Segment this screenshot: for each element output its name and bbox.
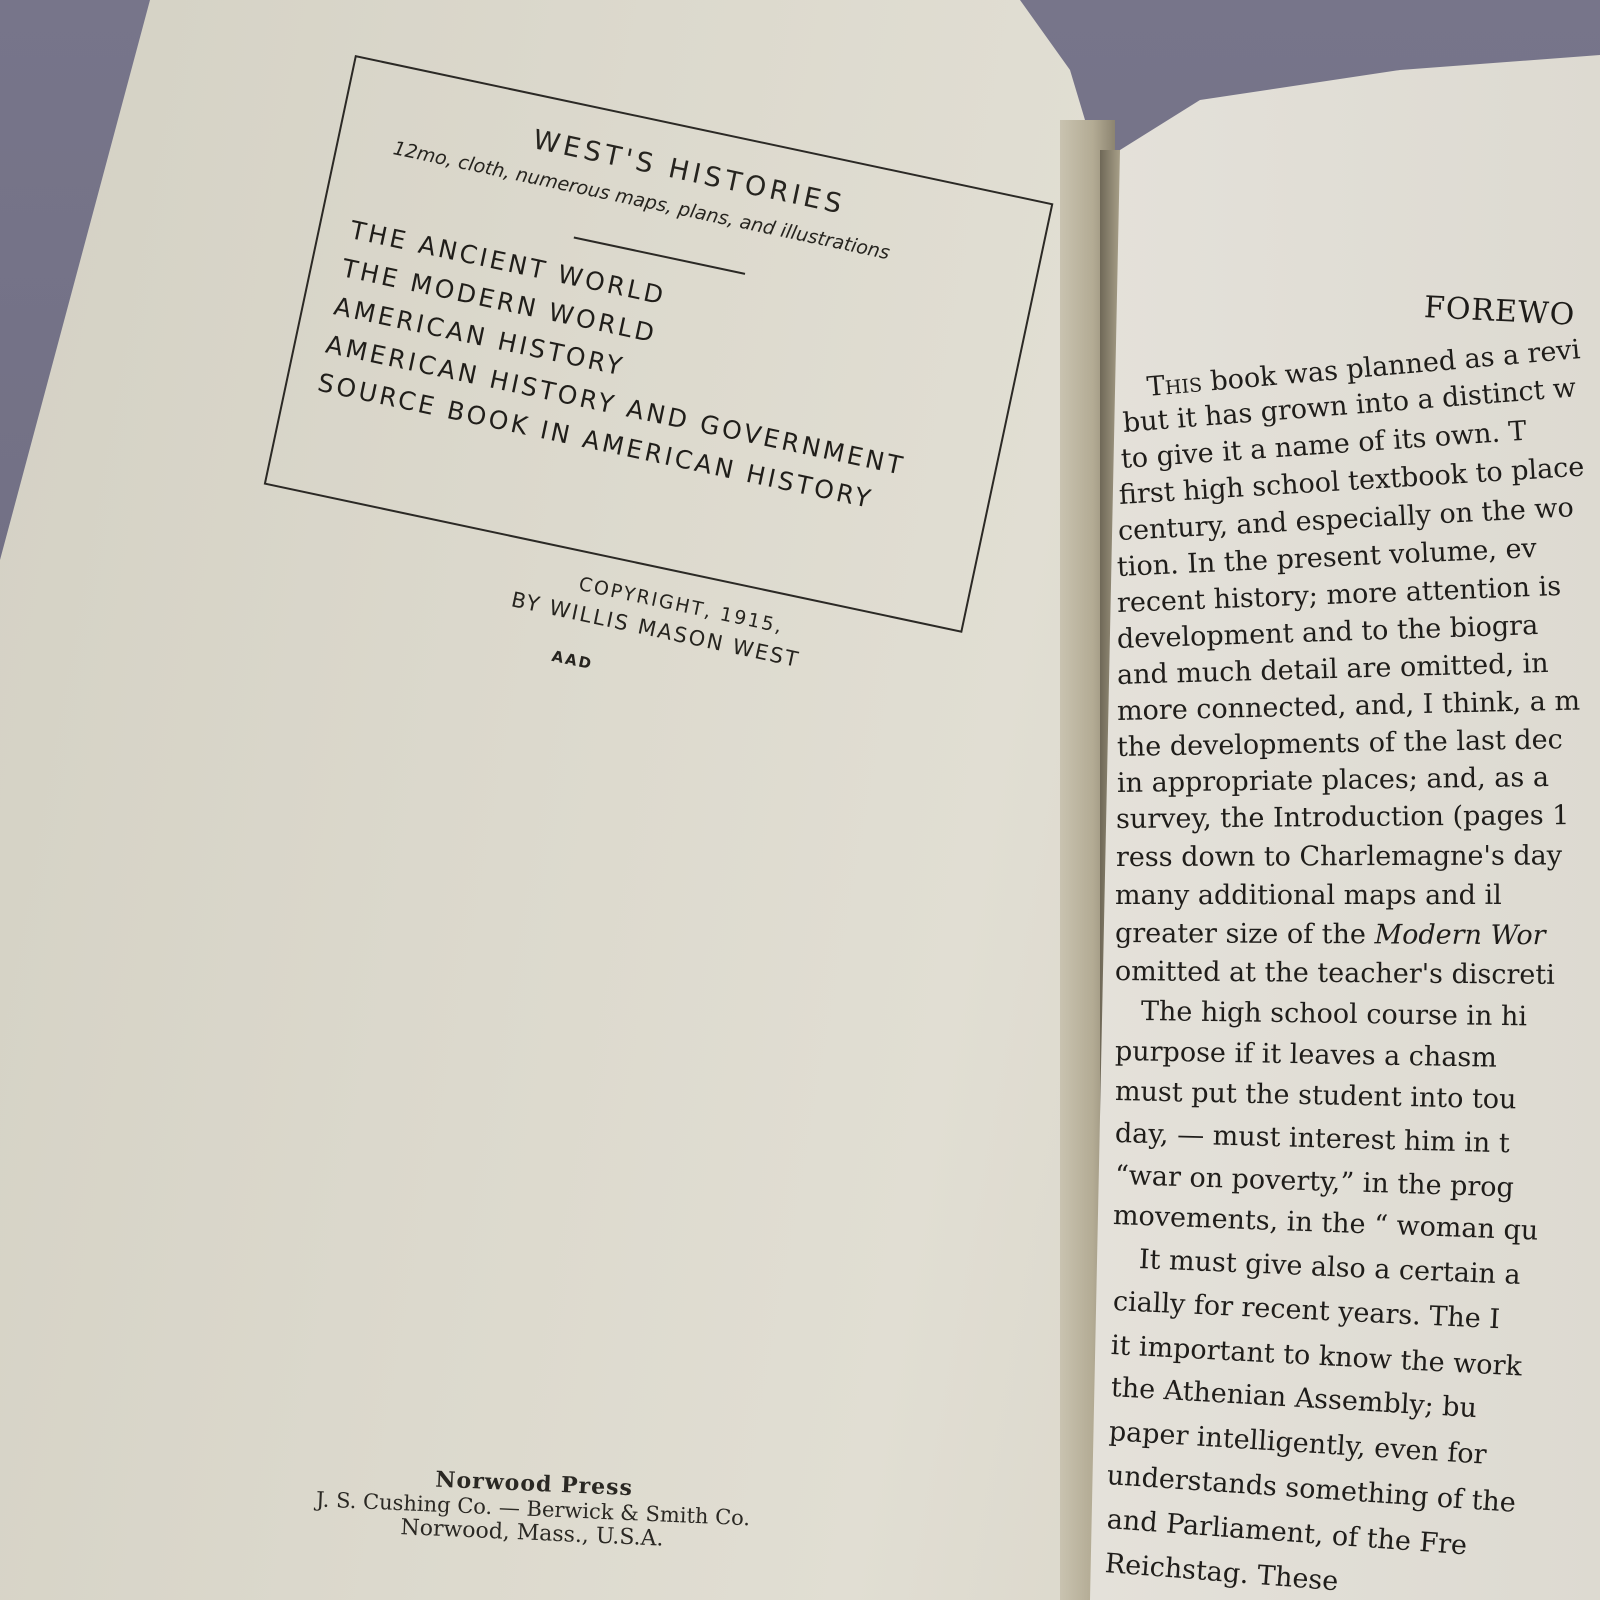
text-line: The high school course in hi [1141,996,1527,1032]
text-line: survey, the Introduction (pages 1 [1116,800,1570,835]
text-line: greater size of the Modern Wor [1115,918,1546,951]
text-line: ress down to Charlemagne's day [1116,840,1562,873]
first-word: This [1146,367,1204,403]
text-line: many additional maps and il [1115,880,1502,911]
italic-title: Modern Wor [1374,919,1545,951]
text-line: omitted at the teacher's discreti [1115,956,1555,991]
text-line: purpose if it leaves a chasm [1115,1036,1497,1074]
series-title-list: THE ANCIENT WORLD THE MODERN WORLD AMERI… [314,210,933,524]
text-line: in appropriate places; and, as a [1117,762,1549,799]
